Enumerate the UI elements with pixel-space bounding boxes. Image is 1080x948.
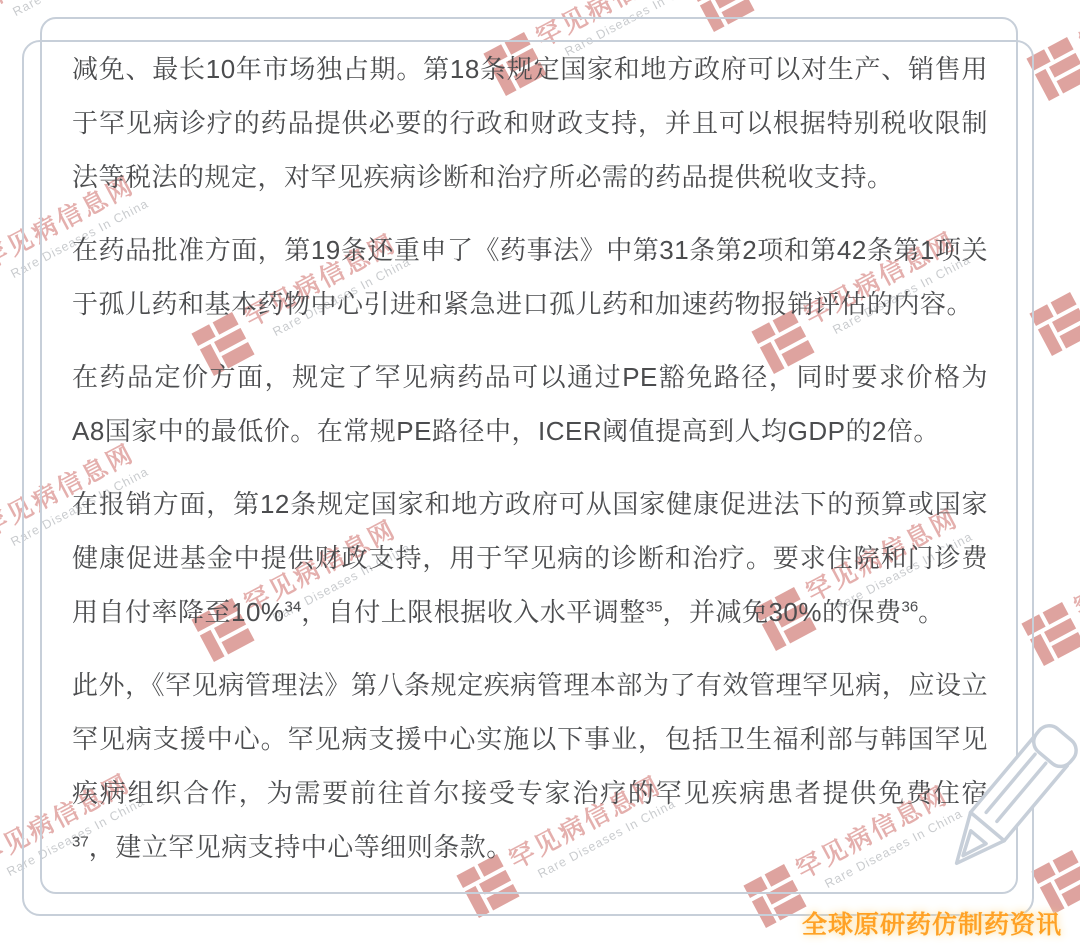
watermark-zh-label: 罕见病信息网 — [1075, 0, 1080, 58]
watermark-zh-label: 罕见病信息网 — [1070, 517, 1080, 622]
superscript-ref: 36 — [901, 598, 918, 615]
superscript-ref: 34 — [285, 598, 302, 615]
paragraph-1: 减免、最长10年市场独占期。第18条规定国家和地方政府可以对生产、销售用于罕见病… — [72, 42, 988, 204]
pencil-icon — [930, 722, 1080, 892]
watermark: 罕见病信息网Rare Diseases In China — [1029, 207, 1080, 356]
paragraph-2: 在药品批准方面，第19条还重申了《药事法》中第31条第2项和第42条第1项关于孤… — [72, 223, 988, 331]
article: 减免、最长10年市场独占期。第18条规定国家和地方政府可以对生产、销售用于罕见病… — [72, 42, 988, 874]
brand-label: 全球原研药仿制药资讯 — [802, 905, 1062, 941]
paragraph-5: 此外，《罕见病管理法》第八条规定疾病管理本部为了有效管理罕见病，应设立罕见病支援… — [72, 658, 988, 874]
watermark: 罕见病信息网Rare Diseases In China — [1026, 0, 1080, 101]
superscript-ref: 37 — [72, 833, 89, 850]
superscript-ref: 35 — [646, 598, 663, 615]
rare-disease-logo-icon — [1029, 292, 1080, 356]
rare-disease-logo-icon — [1026, 37, 1080, 101]
article-page: 罕见病信息网Rare Diseases In China罕见病信息网Rare D… — [0, 0, 1080, 948]
paragraph-4: 在报销方面，第12条规定国家和地方政府可从国家健康促进法下的预算或国家健康促进基… — [72, 477, 988, 639]
paragraph-3: 在药品定价方面，规定了罕见病药品可以通过PE豁免路径，同时要求价格为A8国家中的… — [72, 350, 988, 458]
